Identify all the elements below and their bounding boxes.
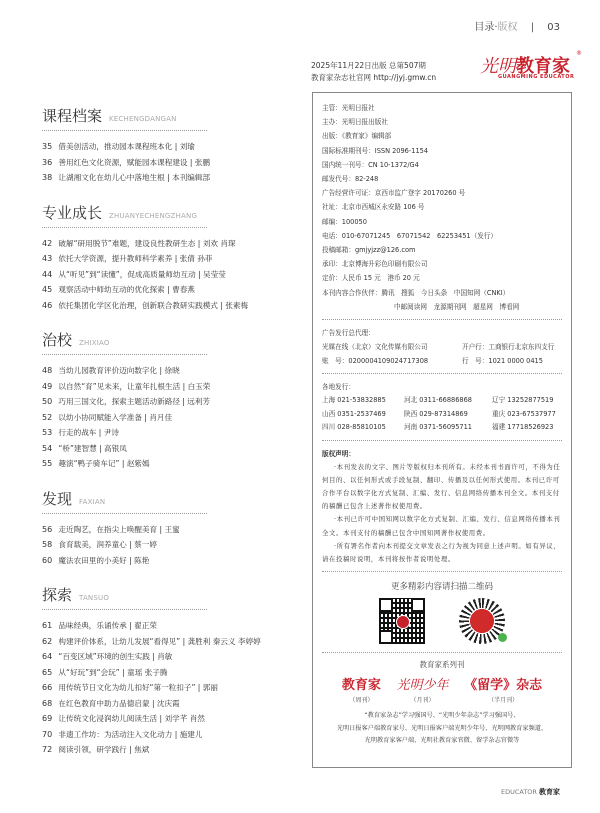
header-separator: | xyxy=(531,22,534,33)
series-name: 教育家 xyxy=(342,674,381,693)
toc-item[interactable]: 38 让湖湘文化在幼儿心中落地生根 | 本刊编辑部 xyxy=(42,170,292,186)
toc-item[interactable]: 46 依托集团化学区化治理，创新联合教研实践模式 | 张素梅 xyxy=(42,298,292,314)
footer-chinese: 教育家 xyxy=(539,788,560,796)
toc-page: 35 xyxy=(42,139,56,155)
toc-page: 38 xyxy=(42,170,56,186)
info-publisher: 出版：《教育家》编辑部 xyxy=(322,129,562,143)
toc-page: 72 xyxy=(42,742,56,758)
divider xyxy=(322,571,562,572)
copyright-section: 版权声明： ·本刊发表的文字、图片等版权归本刊所有。未经本刊书面许可，不得为任何… xyxy=(322,447,562,567)
toc-page: 61 xyxy=(42,618,56,634)
divider xyxy=(322,440,562,441)
distribution-entry: 重庆 023-67537977 xyxy=(492,408,572,422)
subsection-name: 版权 xyxy=(498,22,518,33)
info-postal-code: 邮发代号：82-248 xyxy=(322,172,562,186)
toc-item[interactable]: 61 品味经典，乐诵传承 | 翟正荣 xyxy=(42,618,292,634)
toc-page: 68 xyxy=(42,696,56,712)
toc-item[interactable]: 48 当幼儿园教育评价迈向数字化 | 徐晓 xyxy=(42,363,292,379)
toc-page: 36 xyxy=(42,155,56,171)
logo-english: GUANGMING EDUCATOR xyxy=(498,74,574,80)
series-item-liuxue: 《留学》杂志 （半月刊） xyxy=(464,674,542,704)
divider xyxy=(322,373,562,374)
copyright-paragraph: ·本刊已许可中国知网以数字化方式复制、汇编、发行、信息网络传播本刊全文。本刊支付… xyxy=(322,513,562,539)
toc-text: 食育载美，润养童心 | 蔡一婷 xyxy=(58,540,157,549)
toc-item[interactable]: 69 让传统文化浸润幼儿阅读生活 | 刘学芊 肖然 xyxy=(42,711,292,727)
wechat-qr-code-icon[interactable] xyxy=(379,598,425,644)
toc-item[interactable]: 64 “百变区域”环境的创生实践 | 肖敏 xyxy=(42,649,292,665)
ad-agent-company: 光媒在线（北京）文化传媒有限公司 xyxy=(322,340,462,354)
info-sponsor: 主办：光明日报出版社 xyxy=(322,115,562,129)
toc-page: 53 xyxy=(42,425,56,441)
toc-text: 走近陶艺，在指尖上唤醒美育 | 王蜜 xyxy=(58,525,179,534)
toc-text: 破解“研用脱节”难题，建设良性教研生态 | 刘欢 肖琛 xyxy=(58,239,235,248)
toc-text: 从“听见”到“读懂”，促成高质量师幼互动 | 吴莹莹 xyxy=(58,270,225,279)
toc-page: 62 xyxy=(42,634,56,650)
toc-page: 64 xyxy=(42,649,56,665)
toc-section-faxian: 发现FAXIAN 56 走近陶艺，在指尖上唤醒美育 | 王蜜 58 食育载美，润… xyxy=(42,488,292,569)
divider xyxy=(322,319,562,320)
toc-page: 50 xyxy=(42,394,56,410)
toc-text: 品味经典，乐诵传承 | 翟正荣 xyxy=(58,621,157,630)
toc-text: 魔法农田里的小美好 | 陈艳 xyxy=(58,556,149,565)
section-title: 专业成长 xyxy=(42,202,102,223)
toc-page: 58 xyxy=(42,537,56,553)
series-title: 教育家系列刊 xyxy=(322,659,562,670)
distribution-entry: 上海 021-53832885 xyxy=(322,394,404,408)
toc-page: 56 xyxy=(42,522,56,538)
publication-info: 主管：光明日报社 主办：光明日报出版社 出版：《教育家》编辑部 国际标准期刊号：… xyxy=(322,101,562,314)
section-pinyin: FAXIAN xyxy=(79,498,105,506)
info-issn: 国际标准期刊号：ISSN 2096-1154 xyxy=(322,144,562,158)
ad-agent-section: 广告发行总代理： 光媒在线（北京）文化传媒有限公司 开户行：工商银行北京东四支行… xyxy=(322,326,562,368)
toc-section-zhixiao: 治校ZHIXIAO 48 当幼儿园教育评价迈向数字化 | 徐晓 49 以自然“育… xyxy=(42,329,292,472)
toc-text: 巧用三国文化，探索主题活动新路径 | 远利芳 xyxy=(58,397,210,406)
series-frequency: （月刊） xyxy=(396,695,448,704)
toc-page: 65 xyxy=(42,665,56,681)
series-name: 《留学》杂志 xyxy=(464,674,542,693)
toc-page: 48 xyxy=(42,363,56,379)
toc-text: 以幼小协同赋能入学准备 | 肖月佳 xyxy=(58,413,172,422)
toc-section-zhuanyechengzhang: 专业成长ZHUANYECHENGZHANG 42 破解“研用脱节”难题，建设良性… xyxy=(42,202,292,314)
toc-text: 阅读引领，研学践行 | 焦斌 xyxy=(58,745,149,754)
toc-item[interactable]: 60 魔法农田里的小美好 | 陈艳 xyxy=(42,553,292,569)
toc-item[interactable]: 49 以自然“育”见未来，让童年扎根生活 | 白玉荣 xyxy=(42,379,292,395)
toc-text: 让传统文化浸润幼儿阅读生活 | 刘学芊 肖然 xyxy=(58,714,205,723)
registered-mark: ® xyxy=(576,50,582,57)
toc-text: 借美创活动，推动园本课程班本化 | 刘瑜 xyxy=(58,142,194,151)
toc-item[interactable]: 54 “桥”建智慧 | 高银凤 xyxy=(42,441,292,457)
toc-item[interactable]: 52 以幼小协同赋能入学准备 | 肖月佳 xyxy=(42,410,292,426)
toc-page: 45 xyxy=(42,282,56,298)
info-email[interactable]: 投稿邮箱：gmjyjzz@126.com xyxy=(322,243,562,257)
distribution-entry: 河北 0311-66886868 xyxy=(404,394,492,408)
toc-text: 依托集团化学区化治理，创新联合教研实践模式 | 张素梅 xyxy=(58,301,248,310)
platforms-line: 光明教育家客户端、光明社教育家官微、留学杂志官微等 xyxy=(322,735,562,748)
info-phone: 电话：010-67071245 67071542 62253451（发行） xyxy=(322,229,562,243)
info-address: 社址：北京市西城区永安路 106 号 xyxy=(322,200,562,214)
toc-text: 观察活动中师幼互动的优化探索 | 曹春燕 xyxy=(58,285,194,294)
toc-text: 从“好玩”到“会玩” | 童瑶 张子腾 xyxy=(58,668,167,677)
toc-page: 70 xyxy=(42,727,56,743)
qr-title: 更多精彩内容请扫描二维码 xyxy=(322,580,562,592)
toc-text: 构建评价体系，让幼儿发展“看得见” | 龚胜利 秦云义 李婷婷 xyxy=(58,637,260,646)
toc-item[interactable]: 65 从“好玩”到“会玩” | 童瑶 张子腾 xyxy=(42,665,292,681)
toc-section-tansuo: 探索TANSUO 61 品味经典，乐诵传承 | 翟正荣 62 构建评价体系，让幼… xyxy=(42,584,292,758)
toc-item[interactable]: 42 破解“研用脱节”难题，建设良性教研生态 | 刘欢 肖琛 xyxy=(42,236,292,252)
section-title: 探索 xyxy=(42,584,72,605)
section-pinyin: ZHUANYECHENGZHANG xyxy=(109,212,197,220)
section-title: 发现 xyxy=(42,488,72,509)
toc-text: 以自然“育”见未来，让童年扎根生活 | 白玉荣 xyxy=(58,382,210,391)
section-name: 目录 xyxy=(474,22,494,33)
toc-item[interactable]: 43 依托大学资源，提升教师科学素养 | 张倩 孙菲 xyxy=(42,251,292,267)
toc-item[interactable]: 66 用传统节日文化为幼儿扣好“第一粒扣子” | 郭丽 xyxy=(42,680,292,696)
distribution-entry: 辽宁 13252877519 xyxy=(492,394,572,408)
toc-text: 非遗工作坊：为活动注入文化动力 | 施建儿 xyxy=(58,730,202,739)
toc-text: “百变区域”环境的创生实践 | 肖敏 xyxy=(58,652,172,661)
toc-page: 52 xyxy=(42,410,56,426)
toc-item[interactable]: 62 构建评价体系，让幼儿发展“看得见” | 龚胜利 秦云义 李婷婷 xyxy=(42,634,292,650)
section-title: 课程档案 xyxy=(42,105,102,126)
issue-date: 2025年11月22日出版 总第507期 xyxy=(311,60,436,72)
qr-section: 更多精彩内容请扫描二维码 xyxy=(322,580,562,644)
toc-item[interactable]: 44 从“听见”到“读懂”，促成高质量师幼互动 | 吴莹莹 xyxy=(42,267,292,283)
info-cn: 国内统一刊号：CN 10-1372/G4 xyxy=(322,158,562,172)
toc-page: 60 xyxy=(42,553,56,569)
toc-text: 让湖湘文化在幼儿心中落地生根 | 本刊编辑部 xyxy=(58,173,210,182)
toc-text: 行走的战车 | 尹诗 xyxy=(58,428,119,437)
series-item-educator: 教育家 （周刊） xyxy=(342,674,381,704)
masthead-box: 主管：光明日报社 主办：光明日报出版社 出版：《教育家》编辑部 国际标准期刊号：… xyxy=(312,92,572,768)
info-printer: 承印：北京博海升彩色印刷有限公司 xyxy=(322,257,562,271)
page-number: 03 xyxy=(547,22,560,33)
toc-text: 趣演“鸭子骑车记” | 赵紫嫣 xyxy=(58,459,149,468)
copyright-paragraph: ·所有署名作者向本刊提交文章发表之行为视为同意上述声明。如有异议，请在投稿时说明… xyxy=(322,540,562,566)
toc-text: 用传统节日文化为幼儿扣好“第一粒扣子” | 郭丽 xyxy=(58,683,218,692)
toc-item[interactable]: 68 在红色教育中助力品德启蒙 | 沈庆霞 xyxy=(42,696,292,712)
section-pinyin: KECHENGDANGAN xyxy=(109,115,177,123)
toc-section-kechengdangan: 课程档案KECHENGDANGAN 35 借美创活动，推动园本课程班本化 | 刘… xyxy=(42,105,292,186)
info-ad-license: 广告经营许可证：京西市监广登字 20170260 号 xyxy=(322,186,562,200)
ad-agent-bank: 开户行：工商银行北京东四支行 xyxy=(462,340,572,354)
toc-page: 55 xyxy=(42,456,56,472)
toc-page: 49 xyxy=(42,379,56,395)
distribution-label: 各地发行： xyxy=(322,380,562,394)
toc-page: 42 xyxy=(42,236,56,252)
platforms-line: “教育家杂志”学习强国号、“光明少年杂志”学习强国号、 xyxy=(322,710,562,723)
copyright-paragraph: ·本刊发表的文字、图片等版权归本刊所有。未经本刊书面许可，不得为任何目的、以任何… xyxy=(322,461,562,514)
table-of-contents: 课程档案KECHENGDANGAN 35 借美创活动，推动园本课程班本化 | 刘… xyxy=(42,105,292,774)
magazine-logo: 光明 教育家 ® GUANGMING EDUCATOR xyxy=(480,52,590,84)
toc-item[interactable]: 50 巧用三国文化，探索主题活动新路径 | 远利芳 xyxy=(42,394,292,410)
toc-item[interactable]: 36 善用红色文化资源，赋能园本课程建设 | 张鹏 xyxy=(42,155,292,171)
toc-text: 当幼儿园教育评价迈向数字化 | 徐晓 xyxy=(58,366,179,375)
series-item-guangming-youth: 光明少年 （月刊） xyxy=(396,674,448,704)
distribution-entry: 四川 028-85810105 xyxy=(322,421,404,435)
distribution-entry: 山西 0351-2537469 xyxy=(322,408,404,422)
divider xyxy=(322,652,562,653)
section-pinyin: TANSUO xyxy=(79,594,109,602)
toc-page: 54 xyxy=(42,441,56,457)
series-section: 教育家系列刊 教育家 （周刊） 光明少年 （月刊） 《留学》杂志 （半月刊） “… xyxy=(322,659,562,748)
toc-page: 44 xyxy=(42,267,56,283)
toc-page: 66 xyxy=(42,680,56,696)
platforms-line: 光明日报客户端教育家号、光明日报客户端光明少年号、光明网教育家频道、 xyxy=(322,723,562,736)
toc-text: 在红色教育中助力品德启蒙 | 沈庆霞 xyxy=(58,699,179,708)
ad-agent-account: 账 号：0200004109024717308 xyxy=(322,354,462,368)
distribution-section: 各地发行： 上海 021-53832885 河北 0311-66886868 辽… xyxy=(322,380,562,435)
copyright-label: 版权声明： xyxy=(322,447,562,461)
info-partners: 本刊内容合作伙伴：腾讯 搜狐 今日头条 中国知网（CNKI） xyxy=(322,286,562,300)
distribution-entry: 福建 17718526923 xyxy=(492,421,572,435)
section-pinyin: ZHIXIAO xyxy=(79,339,110,347)
section-title: 治校 xyxy=(42,329,72,350)
toc-text: “桥”建智慧 | 高银凤 xyxy=(58,444,126,453)
series-frequency: （半月刊） xyxy=(464,695,542,704)
toc-item[interactable]: 70 非遗工作坊：为活动注入文化动力 | 施建儿 xyxy=(42,727,292,743)
series-frequency: （周刊） xyxy=(342,695,381,704)
toc-item[interactable]: 72 阅读引领，研学践行 | 焦斌 xyxy=(42,742,292,758)
info-partners-line2: 中邮阅读网 龙源期刊网 超星网 博看网 xyxy=(322,300,562,314)
footer-english: EDUCATOR xyxy=(501,788,537,796)
toc-text: 依托大学资源，提升教师科学素养 | 张倩 孙菲 xyxy=(58,254,212,263)
issue-info: 2025年11月22日出版 总第507期 教育家杂志社官网 http://jyj… xyxy=(311,60,436,84)
distribution-entry: 河南 0371-56095711 xyxy=(404,421,492,435)
toc-page: 69 xyxy=(42,711,56,727)
info-price: 定价：人民币 15 元 港币 20 元 xyxy=(322,271,562,285)
website-line: 教育家杂志社官网 http://jyj.gmw.cn xyxy=(311,72,436,84)
ad-agent-label: 广告发行总代理： xyxy=(322,326,562,340)
toc-page: 46 xyxy=(42,298,56,314)
toc-text: 善用红色文化资源，赋能园本课程建设 | 张鹏 xyxy=(58,158,210,167)
toc-item[interactable]: 56 走近陶艺，在指尖上唤醒美育 | 王蜜 xyxy=(42,522,292,538)
toc-page: 43 xyxy=(42,251,56,267)
series-name: 光明少年 xyxy=(396,674,448,693)
toc-item[interactable]: 45 观察活动中师幼互动的优化探索 | 曹春燕 xyxy=(42,282,292,298)
page-header: 目录·版权 | 03 xyxy=(474,18,560,33)
toc-item[interactable]: 53 行走的战车 | 尹诗 xyxy=(42,425,292,441)
ad-agent-bank-code: 行 号：1021 0000 0415 xyxy=(462,354,572,368)
toc-item[interactable]: 58 食育载美，润养童心 | 蔡一婷 xyxy=(42,537,292,553)
info-supervisor: 主管：光明日报社 xyxy=(322,101,562,115)
toc-item[interactable]: 55 趣演“鸭子骑车记” | 赵紫嫣 xyxy=(42,456,292,472)
mini-program-qr-code-icon[interactable] xyxy=(459,598,505,644)
page-footer: EDUCATOR 教育家 xyxy=(501,787,560,797)
distribution-entry: 陕西 029-87314869 xyxy=(404,408,492,422)
toc-item[interactable]: 35 借美创活动，推动园本课程班本化 | 刘瑜 xyxy=(42,139,292,155)
info-zip: 邮编：100050 xyxy=(322,215,562,229)
platforms-list: “教育家杂志”学习强国号、“光明少年杂志”学习强国号、 光明日报客户端教育家号、… xyxy=(322,710,562,748)
